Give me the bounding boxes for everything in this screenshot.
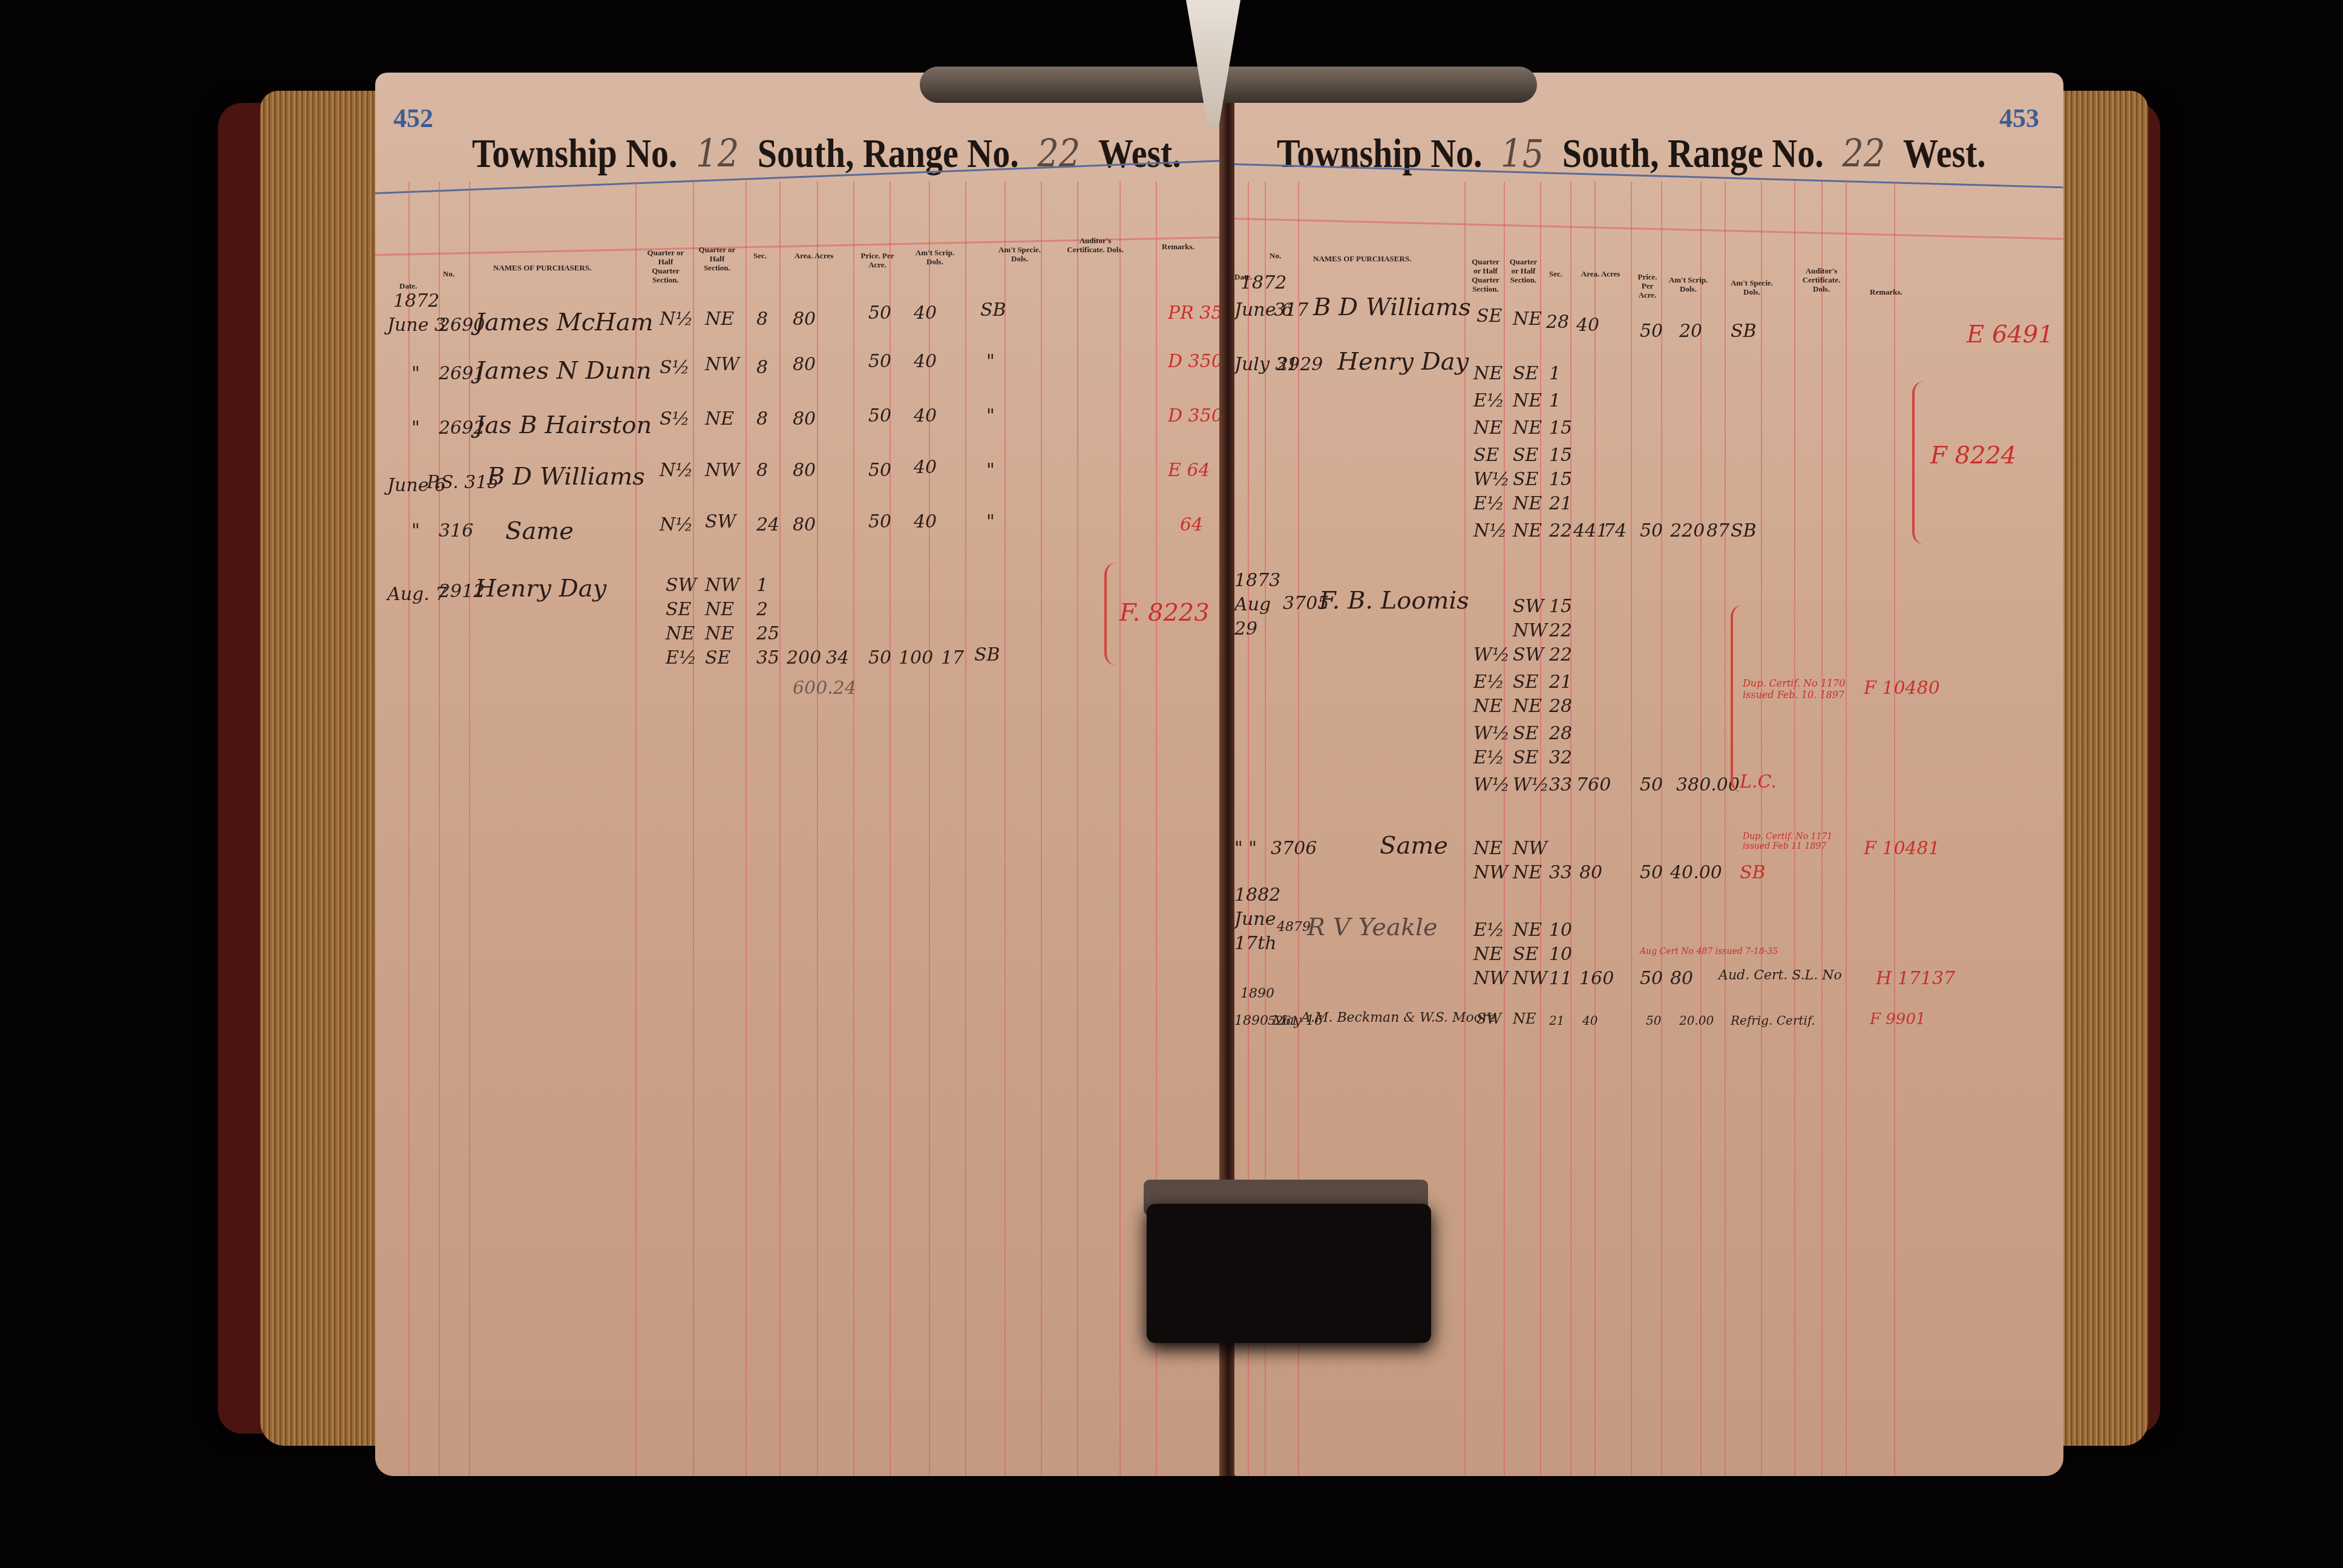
column-header-no: No. <box>443 269 454 278</box>
purchaser-name: James McHam <box>475 309 654 336</box>
purchaser-name: Henry Day <box>475 575 606 603</box>
column-header-specie: Am't Specie. Dols. <box>992 245 1047 263</box>
page-number: 453 <box>1999 103 2039 134</box>
column-header-scrip: Am't Scrip. Dols. <box>1664 275 1712 293</box>
column-header-specie: Am't Specie. Dols. <box>1728 278 1776 296</box>
purchaser-name: A.M. Beckman & W.S. Moore <box>1301 1010 1496 1025</box>
purchaser-name: Same <box>505 517 574 545</box>
column-header-area: Area. Acres <box>1573 269 1628 278</box>
column-header-scrip: Am't Scrip. Dols. <box>908 248 962 266</box>
column-header-date: Date. <box>399 281 417 290</box>
column-header-remarks: Remarks. <box>1162 242 1194 251</box>
page-edges-right <box>2051 91 2148 1446</box>
page-clip-bar <box>920 67 1537 103</box>
bracket <box>1731 605 1743 792</box>
township-number: 15 <box>1501 131 1544 177</box>
column-header-sec: Sec. <box>1549 269 1562 278</box>
page-title: Township No. 15 South, Range No. 22 West… <box>1277 130 1986 177</box>
page-title: Township No. 12 South, Range No. 22 West… <box>472 130 1181 177</box>
column-header-price: Price. Per Acre. <box>859 251 896 269</box>
column-header-names: NAMES OF PURCHASERS. <box>493 263 591 272</box>
bracket <box>1912 381 1924 544</box>
purchaser-name: B D Williams <box>487 463 645 491</box>
year-label: 1872 <box>393 290 439 312</box>
purchaser-name: B D Williams <box>1313 293 1471 321</box>
column-header-rule <box>1234 218 2063 240</box>
bracket <box>1104 563 1116 665</box>
column-header-sec: Sec. <box>753 251 767 260</box>
page-edges-left <box>260 91 387 1446</box>
purchaser-name: F. B. Loomis <box>1319 587 1469 615</box>
column-header-area: Area. Acres <box>787 251 841 260</box>
column-header-auditor: Auditor's Certificate. Dols. <box>1065 236 1126 254</box>
column-header-auditor: Auditor's Certificate. Dols. <box>1797 266 1846 293</box>
page-number: 452 <box>393 103 433 134</box>
purchaser-name: Jas B Hairston <box>475 411 652 439</box>
purchaser-name: James N Dunn <box>475 357 652 385</box>
range-number: 22 <box>1842 131 1885 177</box>
year-label: 1872 <box>1240 272 1286 293</box>
column-header-half: Quarter or Half Section. <box>696 245 738 272</box>
book-weight <box>1147 1204 1431 1343</box>
column-header-names: NAMES OF PURCHASERS. <box>1313 254 1411 263</box>
range-number: 22 <box>1037 131 1080 177</box>
purchaser-name: Henry Day <box>1337 348 1469 376</box>
column-header-price: Price. Per Acre. <box>1634 272 1661 299</box>
column-header-qtr: Quarter or Half Quarter Section. <box>1467 257 1504 293</box>
ledger-page-left: 452 Township No. 12 South, Range No. 22 … <box>375 73 1222 1476</box>
column-header-no: No. <box>1270 251 1281 260</box>
column-header-remarks: Remarks. <box>1870 287 1902 296</box>
purchaser-name: Same <box>1380 832 1448 860</box>
township-number: 12 <box>696 131 739 177</box>
column-header-qtr: Quarter or Half Quarter Section. <box>644 248 687 284</box>
column-header-half: Quarter or Half Section. <box>1507 257 1540 284</box>
purchaser-name: R V Yeakle <box>1307 913 1438 941</box>
